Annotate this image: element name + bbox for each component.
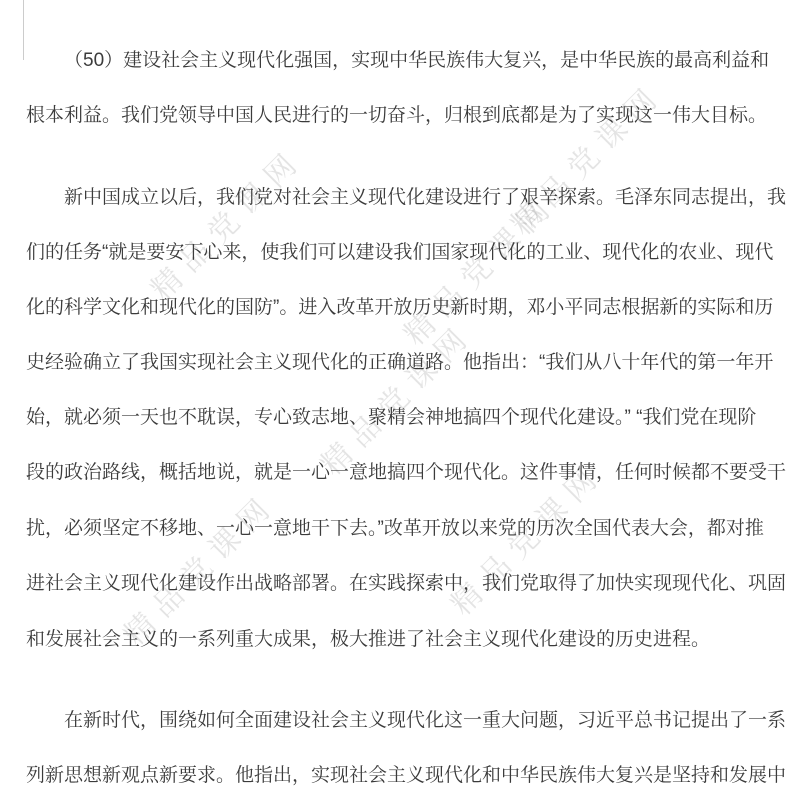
page-edge-line: [23, 0, 24, 60]
text-line: 史经验确立了我国实现社会主义现代化的正确道路。他指出：“我们从八十年代的第一年开: [26, 350, 773, 376]
text-line: 列新思想新观点新要求。他指出，实现社会主义现代化和中华民族伟大复兴是坚持和发展中: [26, 763, 786, 789]
text-line: 们的任务“就是要安下心来，使我们可以建设我们国家现代化的工业、现代化的农业、现代: [26, 240, 773, 266]
text-line: 和发展社会主义的一系列重大成果，极大推进了社会主义现代化建设的历史进程。: [26, 627, 710, 653]
text-line: 段的政治路线，概括地说，就是一心一意地搞四个现代化。这件事情，任何时候都不要受干: [26, 460, 786, 486]
text-line: 进社会主义现代化建设作出战略部署。在实践探索中，我们党取得了加快实现现代化、巩固: [26, 571, 786, 597]
text-line: 扰，必须坚定不移地、一心一意地干下去。”改革开放以来党的历次全国代表大会，都对推: [26, 516, 764, 542]
text-line: 在新时代，围绕如何全面建设社会主义现代化这一重大问题，习近平总书记提出了一系: [64, 708, 786, 734]
watermark-text: 精品党课网: [309, 311, 482, 484]
watermark-text: 精品党课网: [499, 71, 672, 244]
text-line: 化的科学文化和现代化的国防”。进入改革开放历史新时期，邓小平同志根据新的实际和历: [26, 295, 773, 321]
text-line: （50）建设社会主义现代化强国，实现中华民族伟大复兴，是中华民族的最高利益和: [64, 48, 769, 74]
document-page: 精品党课网 精品党课网 精品党课网 精品党课网 精品党课网 精品党课网 （50）…: [0, 0, 800, 800]
text-line: 根本利益。我们党领导中国人民进行的一切奋斗，归根到底都是为了实现这一伟大目标。: [26, 103, 767, 129]
watermark-text: 精品党课网: [139, 136, 312, 309]
text-line: 始，就必须一天也不耽误，专心致志地、聚精会神地搞四个现代化建设。” “我们党在现…: [26, 405, 756, 431]
text-line: 新中国成立以后，我们党对社会主义现代化建设进行了艰辛探索。毛泽东同志提出，我: [64, 185, 786, 211]
